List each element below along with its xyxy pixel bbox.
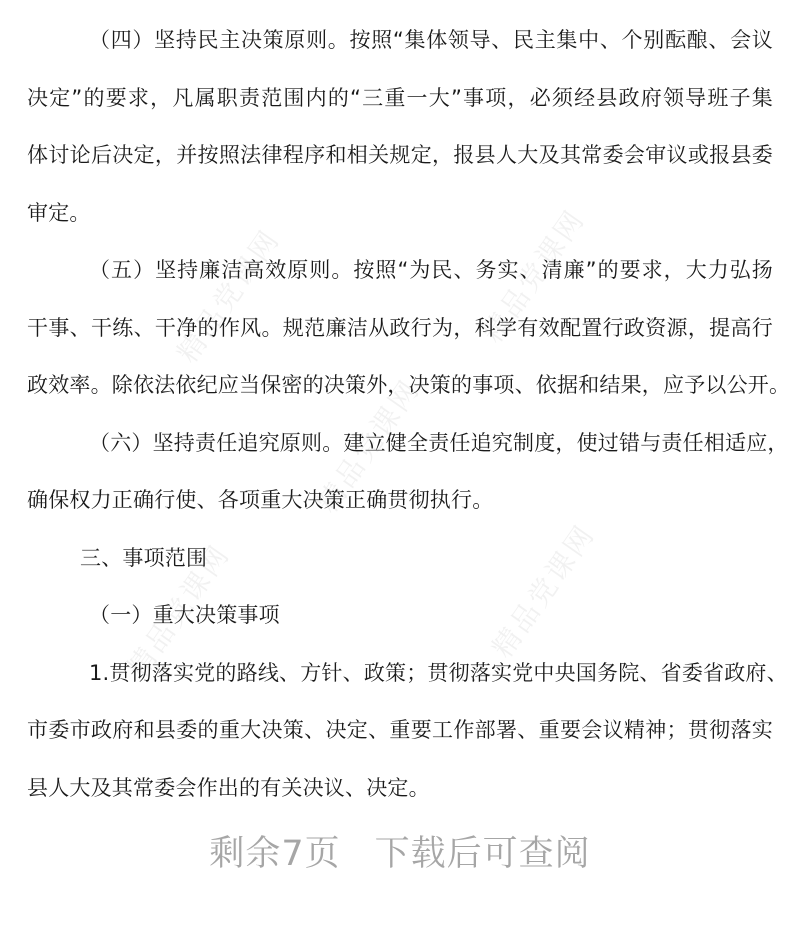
document-page: （四）坚持民主决策原则。按照“集体领导、民主集中、个别酝酿、会议 决定”的要求，…	[27, 0, 773, 817]
text-line: （四）坚持民主决策原则。按照“集体领导、民主集中、个别酝酿、会议	[27, 12, 773, 70]
text-line: 1.贯彻落实党的路线、方针、政策；贯彻落实党中央国务院、省委省政府、	[27, 645, 773, 703]
heading-text: （一）重大决策事项	[27, 587, 773, 645]
paragraph-principle-6: （六）坚持责任追究原则。建立健全责任追究制度，使过错与责任相适应， 确保权力正确…	[27, 415, 773, 530]
text-line: 确保权力正确行使、各项重大决策正确贯彻执行。	[27, 472, 773, 530]
remaining-pages-label: 剩余7页	[209, 834, 340, 874]
section-heading: 三、事项范围	[27, 530, 773, 588]
text-line: 审定。	[27, 185, 773, 243]
subsection-heading: （一）重大决策事项	[27, 587, 773, 645]
paragraph-principle-5: （五）坚持廉洁高效原则。按照“为民、务实、清廉”的要求，大力弘扬 干事、干练、干…	[27, 242, 773, 415]
text-line: 体讨论后决定，并按照法律程序和相关规定，报县人大及其常委会审议或报县委	[27, 127, 773, 185]
text-line: 县人大及其常委会作出的有关决议、决定。	[27, 760, 773, 818]
heading-text: 三、事项范围	[27, 530, 773, 588]
text-line: 政效率。除依法依纪应当保密的决策外，决策的事项、依据和结果，应予以公开。	[27, 357, 773, 415]
download-prompt-banner[interactable]: 剩余7页下载后可查阅	[0, 826, 800, 876]
text-line: （五）坚持廉洁高效原则。按照“为民、务实、清廉”的要求，大力弘扬	[27, 242, 773, 300]
paragraph-item-1: 1.贯彻落实党的路线、方针、政策；贯彻落实党中央国务院、省委省政府、 市委市政府…	[27, 645, 773, 818]
paragraph-principle-4: （四）坚持民主决策原则。按照“集体领导、民主集中、个别酝酿、会议 决定”的要求，…	[27, 12, 773, 242]
text-line: 市委市政府和县委的重大决策、决定、重要工作部署、重要会议精神；贯彻落实	[27, 702, 773, 760]
text-line: 干事、干练、干净的作风。规范廉洁从政行为，科学有效配置行政资源，提高行	[27, 300, 773, 358]
text-line: （六）坚持责任追究原则。建立健全责任追究制度，使过错与责任相适应，	[27, 415, 773, 473]
text-line: 决定”的要求，凡属职责范围内的“三重一大”事项，必须经县政府领导班子集	[27, 70, 773, 128]
download-to-view-label[interactable]: 下载后可查阅	[375, 834, 591, 874]
